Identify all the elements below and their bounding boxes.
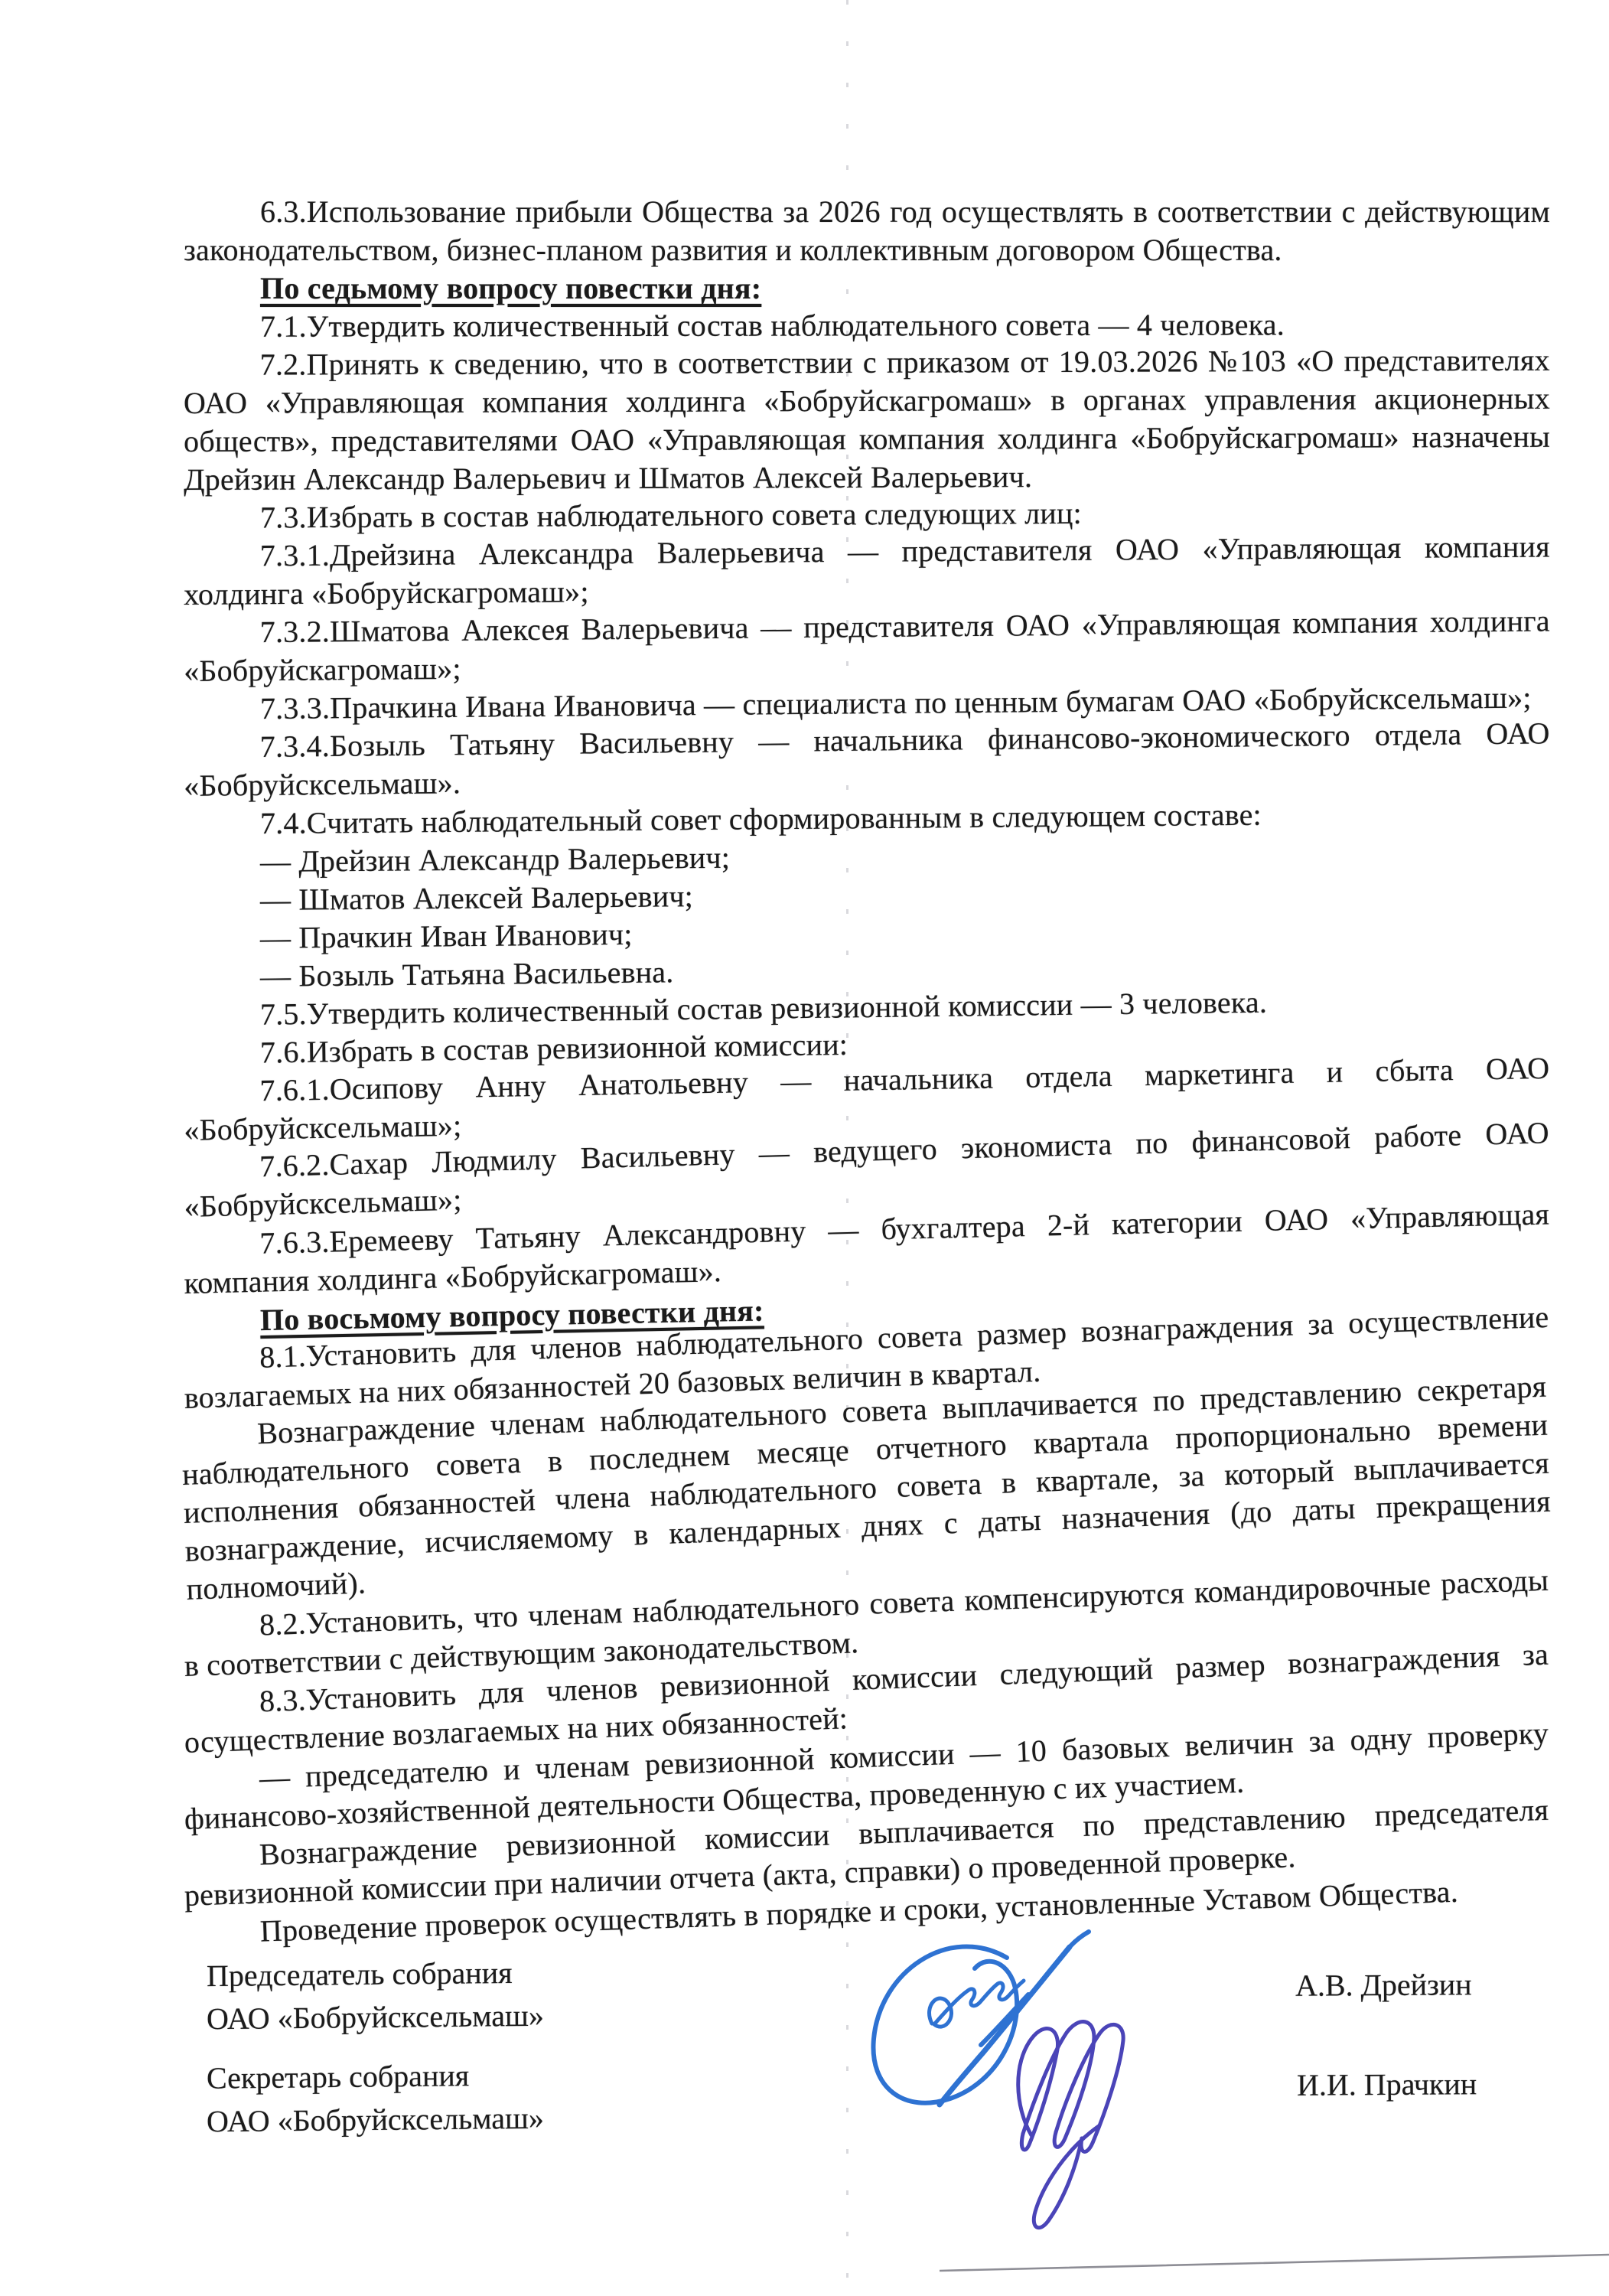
chairman-title-line2: ОАО «Бобруйсксельмаш» (207, 1994, 544, 2041)
secretary-name: И.И. Прачкин (1297, 2063, 1477, 2107)
secretary-title-line1: Секретарь собрания (207, 2054, 470, 2100)
document-body: 6.3.Использование прибыли Общества за 20… (184, 193, 1550, 1953)
scan-artifact-line (933, 2249, 1609, 2279)
secretary-signature-ink (1018, 2022, 1123, 2228)
secretary-title-line2: ОАО «Бобруйсксельмаш» (207, 2097, 544, 2144)
paragraph-7-3-4: 7.3.4.Бозыль Татьяну Васильевну — началь… (183, 714, 1550, 805)
scanned-document-page: 6.3.Использование прибыли Общества за 20… (0, 0, 1609, 2296)
heading-agenda-item-7: По седьмому вопросу повестки дня: (184, 269, 1550, 308)
chairman-signature-ink (873, 1932, 1089, 2105)
paragraph-7-2: 7.2.Принять к сведению, что в соответств… (184, 341, 1551, 499)
paragraph-7-1: 7.1.Утвердить количественный состав набл… (184, 305, 1550, 346)
paragraph-7-3-2: 7.3.2.Шматова Алексея Валерьевича –– пре… (184, 602, 1551, 690)
chairman-title-line1: Председатель собрания (207, 1952, 513, 1998)
chairman-name: А.В. Дрейзин (1295, 1963, 1472, 2007)
paragraph-6-3: 6.3.Использование прибыли Общества за 20… (184, 193, 1550, 269)
paragraph-7-3-1: 7.3.1.Дрейзина Александра Валерьевича — … (184, 528, 1551, 614)
